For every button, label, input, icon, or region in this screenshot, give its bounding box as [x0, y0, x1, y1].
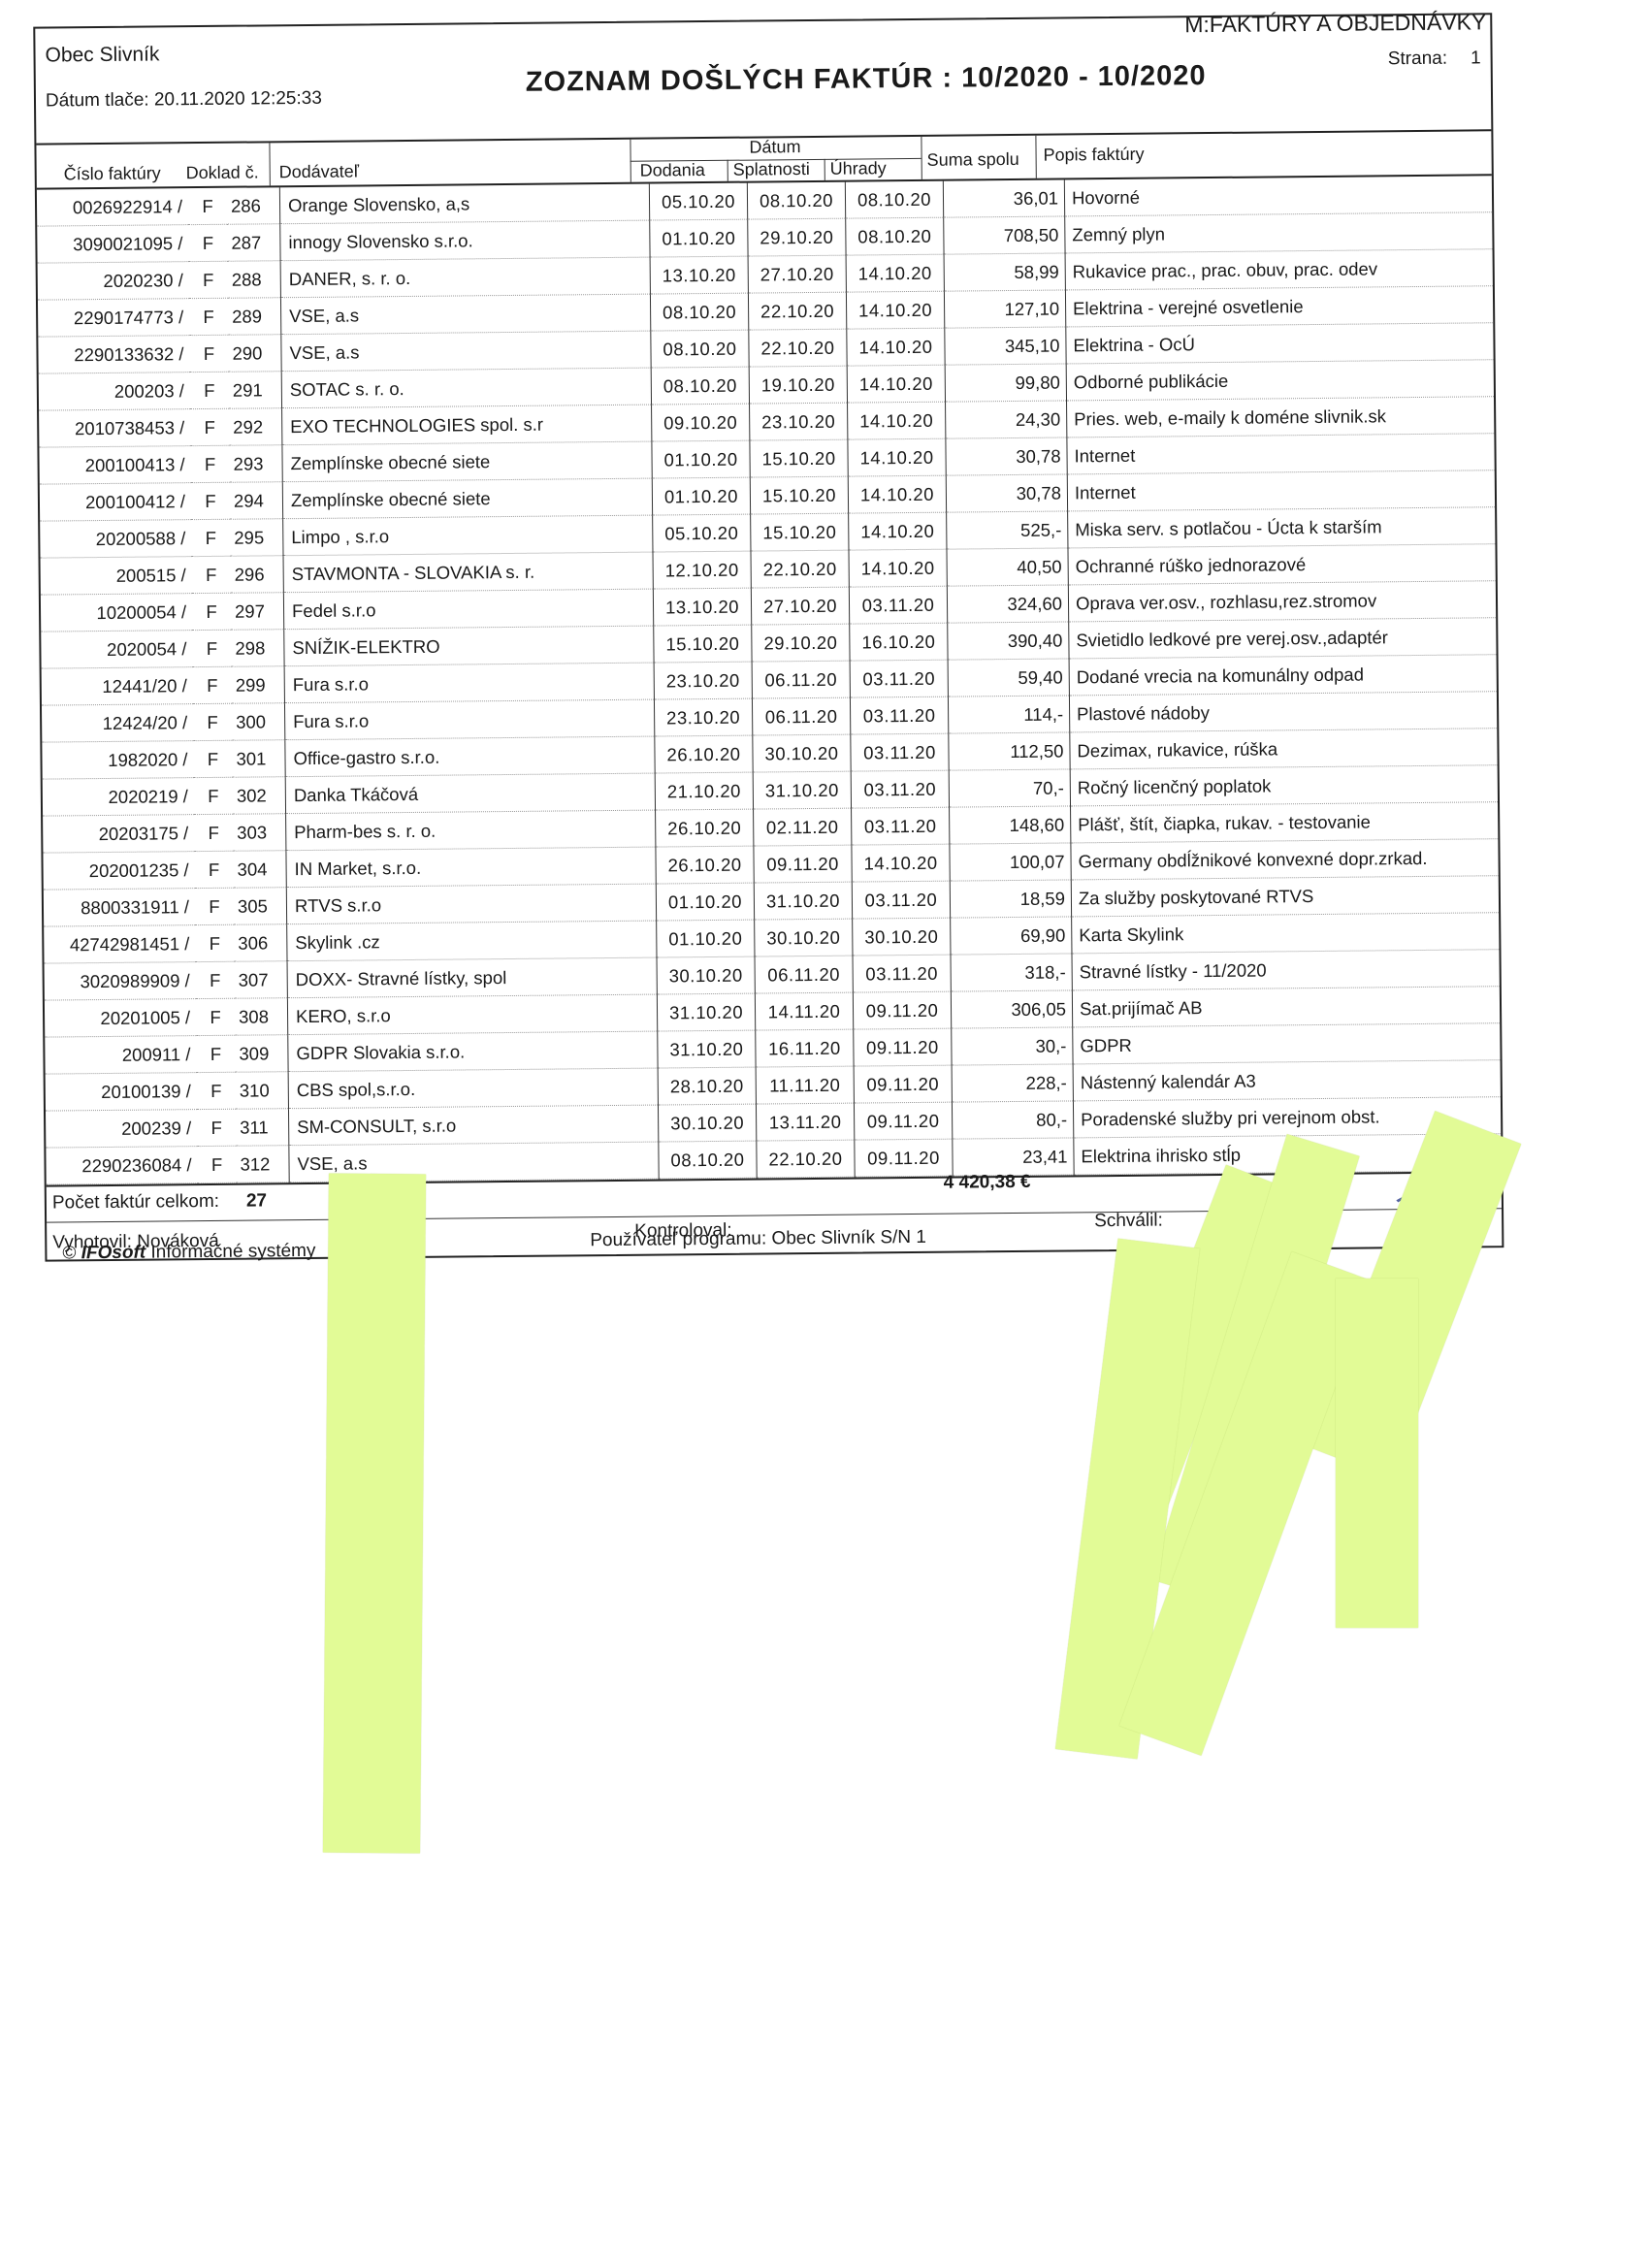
doc-type: F [190, 372, 229, 408]
description: Elektrina - OcÚ [1066, 323, 1494, 364]
invoice-number: 200911 / [45, 1036, 196, 1074]
invoice-number: 12424/20 / [42, 704, 193, 742]
doc-number: 298 [231, 630, 284, 667]
report-frame: Obec Slivník Dátum tlače: 20.11.2020 12:… [33, 13, 1503, 1261]
doc-number: 292 [229, 408, 282, 446]
invoice-number: 2020219 / [43, 778, 194, 816]
delivery-date: 01.10.20 [652, 440, 750, 478]
col-paid-date: Úhrady [830, 158, 887, 179]
organization-name: Obec Slivník [45, 43, 159, 67]
invoice-number: 12441/20 / [42, 667, 193, 705]
paid-date: 03.11.20 [849, 586, 947, 624]
delivery-date: 26.10.20 [656, 846, 754, 884]
description: Plášť, štít, čiapka, rukav. - testovanie [1071, 802, 1499, 843]
doc-number: 299 [232, 666, 285, 704]
module-name: M:FAKTÚRY A OBJEDNÁVKY [1184, 9, 1486, 38]
description: Internet [1067, 434, 1495, 474]
description: Ročný licenčný poplatok [1070, 765, 1498, 806]
description: Svietidlo ledkové pre verej.osv.,adaptér [1069, 618, 1497, 659]
paid-date: 09.11.20 [854, 1102, 952, 1140]
doc-number: 296 [231, 556, 284, 594]
doc-type: F [194, 851, 233, 888]
due-date: 30.10.20 [755, 919, 853, 956]
due-date: 31.10.20 [753, 771, 851, 809]
page-indicator: Strana:1 [1388, 48, 1481, 70]
amount: 24,30 [946, 401, 1067, 438]
description: Hovorné [1064, 176, 1492, 216]
doc-number: 293 [229, 445, 282, 483]
description: Rukavice prac., prac. obuv, prac. odev [1065, 249, 1493, 290]
invoice-number: 20201005 / [45, 999, 196, 1037]
invoice-number: 200515 / [41, 557, 192, 595]
amount: 40,50 [947, 548, 1068, 586]
doc-number: 308 [235, 998, 288, 1036]
col-invoice-no: Číslo faktúry [64, 163, 161, 184]
due-date: 27.10.20 [748, 255, 846, 293]
doc-type: F [197, 1109, 236, 1146]
delivery-date: 09.10.20 [652, 404, 750, 441]
paid-date: 08.10.20 [846, 217, 944, 255]
doc-number: 305 [234, 888, 287, 925]
supplier: Limpo , s.r.o [283, 515, 653, 556]
doc-type: F [189, 298, 228, 335]
amount: 127,10 [944, 290, 1065, 328]
amount: 30,78 [946, 437, 1067, 475]
doc-type: F [195, 924, 234, 961]
print-date: Dátum tlače: 20.11.2020 12:25:33 [46, 88, 322, 113]
report-header: Obec Slivník Dátum tlače: 20.11.2020 12:… [35, 15, 1491, 145]
supplier: SNÍŽIK-ELEKTRO [284, 626, 654, 666]
amount: 390,40 [948, 622, 1069, 660]
supplier: EXO TECHNOLOGIES spol. s.r [282, 405, 652, 445]
sticky-note [1336, 1279, 1418, 1628]
delivery-date: 01.10.20 [656, 883, 754, 921]
delivery-date: 30.10.20 [658, 1104, 756, 1142]
supplier: Danka Tkáčová [285, 773, 655, 814]
amount: 36,01 [943, 179, 1064, 217]
col-amount: Suma spolu [927, 149, 1019, 171]
supplier: DANER, s. r. o. [280, 257, 650, 298]
supplier: Fura s.r.o [284, 663, 654, 703]
col-description: Popis faktúry [1043, 145, 1144, 166]
col-delivery-date: Dodania [640, 160, 705, 181]
description: Oprava ver.osv., rozhlasu,rez.stromov [1068, 581, 1496, 622]
supplier: innogy Slovensko s.r.o. [280, 220, 650, 261]
description: Nástenný kalendár A3 [1073, 1060, 1501, 1101]
amount: 69,90 [951, 917, 1072, 955]
invoice-number: 2290174773 / [38, 299, 189, 337]
doc-number: 291 [229, 372, 282, 409]
description: Odborné publikácie [1066, 360, 1494, 401]
doc-type: F [193, 666, 232, 703]
sticky-note [323, 1174, 426, 1854]
description: Za služby poskytované RTVS [1071, 876, 1499, 917]
invoice-number: 42742981451 / [44, 925, 195, 963]
due-date: 08.10.20 [747, 182, 845, 219]
page-label: Strana: [1388, 49, 1447, 70]
paid-date: 03.11.20 [851, 770, 949, 808]
supplier: Zemplínske obecné siete [282, 441, 652, 482]
delivery-date: 28.10.20 [658, 1067, 756, 1105]
amount: 30,78 [946, 474, 1067, 512]
description: Dodané vrecia na komunálny odpad [1069, 655, 1497, 696]
doc-type: F [196, 998, 235, 1035]
supplier: Fura s.r.o [284, 699, 654, 740]
approved-by-label: Schválil: [1094, 1211, 1163, 1233]
due-date: 15.10.20 [751, 513, 849, 551]
description: Karta Skylink [1072, 913, 1500, 954]
delivery-date: 31.10.20 [658, 1030, 756, 1068]
doc-type: F [190, 445, 229, 482]
supplier: VSE, a.s [280, 294, 650, 335]
paid-date: 09.11.20 [855, 1139, 953, 1177]
doc-type: F [189, 335, 228, 372]
amount: 80,- [952, 1101, 1073, 1139]
doc-type: F [193, 703, 232, 740]
invoice-number: 200239 / [46, 1110, 197, 1148]
doc-number: 288 [228, 261, 281, 299]
supplier: Orange Slovensko, a,s [279, 184, 649, 224]
due-date: 15.10.20 [750, 476, 848, 514]
paid-date: 30.10.20 [853, 918, 951, 956]
due-date: 19.10.20 [749, 366, 847, 404]
invoice-number: 2010738453 / [39, 409, 190, 447]
amount: 324,60 [947, 585, 1068, 623]
paid-date: 14.10.20 [852, 844, 950, 882]
due-date: 31.10.20 [754, 882, 852, 920]
doc-type: F [197, 1146, 236, 1183]
delivery-date: 26.10.20 [655, 735, 753, 773]
invoice-number: 200100412 / [40, 483, 191, 521]
doc-type: F [196, 961, 235, 998]
delivery-date: 01.10.20 [650, 219, 748, 257]
supplier: RTVS s.r.o [286, 884, 656, 924]
delivery-date: 05.10.20 [653, 514, 751, 552]
due-date: 23.10.20 [750, 403, 848, 440]
paid-date: 14.10.20 [847, 365, 945, 403]
delivery-date: 23.10.20 [654, 662, 752, 699]
vendor-tagline: Informačné systémy [150, 1241, 315, 1263]
due-date: 06.11.20 [755, 956, 853, 993]
doc-number: 311 [236, 1109, 289, 1147]
invoice-number: 8800331911 / [44, 889, 195, 926]
paid-date: 09.11.20 [854, 1065, 952, 1103]
paid-date: 09.11.20 [853, 991, 951, 1029]
invoice-number: 200100413 / [39, 446, 190, 484]
supplier: SM-CONSULT, s.r.o [288, 1105, 658, 1146]
supplier: GDPR Slovakia s.r.o. [288, 1031, 658, 1072]
invoice-number: 1982020 / [42, 741, 193, 779]
paid-date: 08.10.20 [845, 181, 943, 218]
vendor-name: IFOsoft [81, 1243, 146, 1264]
delivery-date: 01.10.20 [657, 920, 755, 957]
doc-type: F [193, 740, 232, 777]
doc-type: F [197, 1072, 236, 1109]
doc-number: 302 [233, 777, 286, 815]
delivery-date: 01.10.20 [652, 477, 750, 515]
invoice-number: 200203 / [39, 373, 190, 410]
delivery-date: 08.10.20 [651, 330, 749, 368]
col-date-group: Dátum [749, 137, 800, 158]
doc-type: F [192, 630, 231, 666]
due-date: 14.11.20 [755, 992, 853, 1030]
amount: 100,07 [950, 843, 1071, 881]
supplier: CBS spol,s.r.o. [288, 1068, 658, 1109]
amount: 23,41 [953, 1138, 1074, 1176]
due-date: 22.10.20 [748, 292, 846, 330]
print-date-label: Dátum tlače: [46, 90, 149, 112]
supplier: DOXX- Stravné lístky, spol [287, 957, 657, 998]
doc-number: 300 [232, 703, 285, 741]
supplier: Skylink .cz [287, 921, 657, 961]
description: Germany obdĺžnikové konvexné dopr.zrkad. [1071, 839, 1499, 880]
doc-type: F [194, 814, 233, 851]
due-date: 02.11.20 [754, 808, 852, 846]
amount: 59,40 [948, 659, 1069, 697]
program-user: Používateľ programu: Obec Slivník S/N 1 [590, 1227, 926, 1251]
amount: 228,- [952, 1064, 1073, 1102]
grand-total: 4 420,38 € [944, 1172, 1031, 1194]
due-date: 13.11.20 [756, 1103, 854, 1141]
due-date: 09.11.20 [754, 845, 852, 883]
due-date: 11.11.20 [756, 1066, 854, 1104]
doc-number: 312 [236, 1146, 289, 1183]
paid-date: 09.11.20 [854, 1028, 952, 1066]
amount: 708,50 [944, 216, 1065, 254]
delivery-date: 15.10.20 [654, 625, 752, 663]
paid-date: 14.10.20 [848, 475, 946, 513]
description: Internet [1067, 470, 1495, 511]
doc-number: 301 [232, 740, 285, 778]
description: Elektrina - verejné osvetlenie [1065, 286, 1493, 327]
doc-number: 294 [230, 482, 283, 520]
description: GDPR [1073, 1023, 1501, 1064]
doc-type: F [194, 777, 233, 814]
invoice-number: 202001235 / [43, 852, 194, 890]
due-date: 06.11.20 [752, 697, 850, 735]
due-date: 30.10.20 [753, 734, 851, 772]
page-number: 1 [1471, 48, 1481, 68]
supplier: KERO, s.r.o [287, 994, 657, 1035]
amount: 345,10 [945, 327, 1066, 365]
delivery-date: 13.10.20 [650, 256, 748, 294]
col-supplier: Dodávateľ [279, 161, 360, 182]
description: Pries. web, e-maily k doméne slivnik.sk [1067, 397, 1495, 437]
doc-number: 286 [227, 187, 280, 224]
description: Plastové nádoby [1069, 692, 1497, 732]
description: Stravné lístky - 11/2020 [1072, 950, 1500, 990]
paid-date: 14.10.20 [849, 549, 947, 587]
report-title: ZOZNAM DOŠLÝCH FAKTÚR : 10/2020 - 10/202… [526, 60, 1207, 99]
due-date: 15.10.20 [750, 439, 848, 477]
invoice-number: 3020989909 / [45, 962, 196, 1000]
doc-number: 310 [236, 1072, 289, 1110]
invoice-count-label: Počet faktúr celkom: [52, 1191, 219, 1215]
delivery-date: 05.10.20 [649, 183, 747, 220]
paid-date: 03.11.20 [852, 881, 950, 919]
delivery-date: 12.10.20 [653, 551, 751, 589]
supplier: VSE, a.s [281, 331, 651, 372]
amount: 148,60 [950, 806, 1071, 844]
due-date: 22.10.20 [751, 550, 849, 588]
invoice-table: 0026922914 /F286Orange Slovensko, a,s05.… [37, 176, 1502, 1184]
amount: 318,- [951, 954, 1072, 991]
invoice-number: 20203175 / [43, 815, 194, 853]
invoice-number: 2020054 / [41, 631, 192, 668]
due-date: 29.10.20 [752, 624, 850, 662]
invoice-count: 27 [246, 1190, 267, 1212]
amount: 99,80 [945, 364, 1066, 402]
delivery-date: 30.10.20 [657, 956, 755, 994]
doc-number: 295 [230, 519, 283, 557]
doc-type: F [192, 556, 231, 593]
invoice-number: 20100139 / [46, 1073, 197, 1111]
paid-date: 03.11.20 [853, 955, 951, 992]
print-date-value: 20.11.2020 12:25:33 [154, 88, 322, 111]
doc-number: 303 [233, 814, 286, 852]
amount: 112,50 [949, 732, 1070, 770]
doc-type: F [188, 188, 227, 225]
doc-number: 309 [235, 1035, 288, 1073]
delivery-date: 26.10.20 [656, 809, 754, 847]
doc-type: F [192, 593, 231, 630]
supplier: SOTAC s. r. o. [281, 368, 651, 408]
paid-date: 14.10.20 [849, 512, 947, 550]
invoice-report-page: Obec Slivník Dátum tlače: 20.11.2020 12:… [0, 0, 1649, 2268]
vendor-credit: © IFOsoft Informačné systémy [62, 1241, 315, 1265]
doc-type: F [189, 261, 228, 298]
doc-type: F [196, 1035, 235, 1072]
supplier: STAVMONTA - SLOVAKIA s. r. [283, 552, 653, 593]
invoice-number: 3090021095 / [37, 225, 188, 263]
paid-date: 14.10.20 [846, 291, 944, 329]
delivery-date: 31.10.20 [657, 993, 755, 1031]
delivery-date: 08.10.20 [659, 1141, 757, 1179]
doc-type: F [191, 482, 230, 519]
invoice-number: 20200588 / [40, 520, 191, 558]
supplier: Pharm-bes s. r. o. [286, 810, 656, 851]
amount: 306,05 [951, 990, 1072, 1028]
doc-number: 304 [233, 851, 286, 889]
invoice-number: 10200054 / [41, 594, 192, 632]
due-date: 22.10.20 [749, 329, 847, 367]
amount: 30,- [952, 1027, 1073, 1065]
paid-date: 14.10.20 [848, 438, 946, 476]
due-date: 16.11.20 [756, 1029, 854, 1067]
paid-date: 03.11.20 [851, 733, 949, 771]
supplier: Fedel s.r.o [283, 589, 653, 630]
supplier: IN Market, s.r.o. [286, 847, 656, 888]
supplier: Office-gastro s.r.o. [285, 736, 655, 777]
due-date: 29.10.20 [748, 218, 846, 256]
description: Miska serv. s potlačou - Úcta k starším [1068, 507, 1496, 548]
delivery-date: 23.10.20 [654, 698, 752, 736]
doc-number: 306 [234, 924, 287, 962]
paid-date: 14.10.20 [848, 402, 946, 439]
doc-number: 297 [231, 593, 284, 631]
invoice-number: 2290236084 / [46, 1147, 197, 1184]
doc-number: 307 [235, 961, 288, 999]
paid-date: 03.11.20 [852, 807, 950, 845]
invoice-number: 2290133632 / [38, 336, 189, 373]
doc-number: 287 [227, 224, 280, 262]
description: Zemný plyn [1065, 212, 1493, 253]
col-due-date: Splatnosti [733, 159, 810, 180]
doc-type: F [188, 224, 227, 261]
due-date: 27.10.20 [751, 587, 849, 625]
doc-type: F [190, 408, 229, 445]
due-date: 22.10.20 [757, 1140, 855, 1178]
invoice-number: 2020230 / [38, 262, 189, 300]
doc-number: 290 [228, 335, 281, 373]
copyright-icon: © [62, 1243, 76, 1263]
col-doc-no: Doklad č. [186, 162, 259, 183]
supplier: Zemplínske obecné siete [282, 478, 652, 519]
amount: 18,59 [950, 880, 1071, 918]
doc-type: F [191, 519, 230, 556]
doc-number: 289 [228, 298, 281, 336]
paid-date: 14.10.20 [846, 254, 944, 292]
doc-type: F [195, 888, 234, 924]
amount: 70,- [949, 769, 1070, 807]
amount: 114,- [948, 696, 1069, 733]
invoice-number: 0026922914 / [37, 188, 188, 226]
description: Dezimax, rukavice, rúška [1070, 729, 1498, 769]
due-date: 06.11.20 [752, 661, 850, 698]
delivery-date: 13.10.20 [653, 588, 751, 626]
description: Sat.prijímač AB [1072, 987, 1500, 1027]
amount: 58,99 [944, 253, 1065, 291]
amount: 525,- [947, 511, 1068, 549]
delivery-date: 21.10.20 [655, 772, 753, 810]
paid-date: 03.11.20 [850, 697, 948, 734]
paid-date: 16.10.20 [850, 623, 948, 661]
delivery-date: 08.10.20 [651, 367, 749, 405]
description: Ochranné rúško jednorazové [1068, 544, 1496, 585]
paid-date: 03.11.20 [850, 660, 948, 697]
delivery-date: 08.10.20 [650, 293, 748, 331]
paid-date: 14.10.20 [847, 328, 945, 366]
